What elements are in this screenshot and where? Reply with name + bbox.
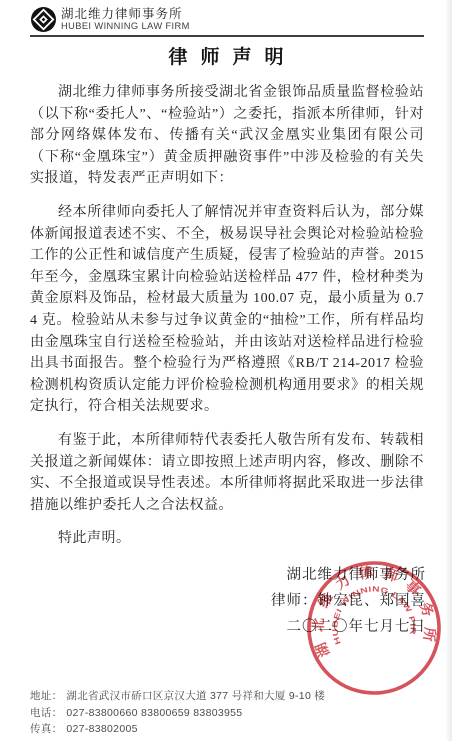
footer-fax-row: 传真：027-83802005	[30, 721, 422, 738]
footer-address-row: 地址：湖北省武汉市硚口区京汉大道 377 号祥和大厦 9-10 楼	[30, 688, 422, 705]
firm-logo-diamond-icon	[30, 6, 57, 33]
signature-date: 二〇二〇年七月七日	[0, 614, 426, 640]
address-value: 湖北省武汉市硚口区京汉大道 377 号祥和大厦 9-10 楼	[66, 690, 325, 702]
firm-names: 湖北维力律师事务所 HUBEI WINNING LAW FIRM	[61, 8, 190, 32]
paragraph-warning: 有鉴于此，本所律师特代表委托人敬告所有发布、转载相关报道之新闻媒体：请立即按照上…	[30, 430, 424, 516]
fax-label: 传真：	[30, 723, 62, 735]
footer-contact: 地址：湖北省武汉市硚口区京汉大道 377 号祥和大厦 9-10 楼 电话：027…	[30, 688, 422, 738]
fax-value: 027-83802005	[66, 723, 137, 735]
signature-lawyers: 律师：钟宏昆、郑国喜	[0, 588, 426, 614]
paragraph-closing: 特此声明。	[30, 528, 424, 550]
phone-value: 027-83800660 83800659 83803955	[66, 707, 242, 719]
paragraph-intro: 湖北维力律师事务所接受湖北省金银饰品质量监督检验站（以下称“委托人”、“检验站”…	[30, 82, 424, 190]
firm-name-zh: 湖北维力律师事务所	[61, 8, 190, 21]
document-title: 律师声明	[0, 46, 452, 70]
letterhead-divider	[30, 35, 424, 37]
address-label: 地址：	[30, 690, 62, 702]
letterhead-logo-row: 湖北维力律师事务所 HUBEI WINNING LAW FIRM	[30, 6, 424, 33]
footer-phone-row: 电话：027-83800660 83800659 83803955	[30, 705, 422, 722]
letterhead: 湖北维力律师事务所 HUBEI WINNING LAW FIRM	[0, 0, 452, 37]
paragraph-findings: 经本所律师向委托人了解情况并审查资料后认为，部分媒体新闻报道表述不实、不全，极易…	[30, 202, 424, 418]
document-page: 湖北维力律师事务所 HUBEI WINNING LAW FIRM 律师声明 湖北…	[0, 0, 452, 741]
signature-block: 湖北维力律师事务所 律师：钟宏昆、郑国喜 二〇二〇年七月七日	[0, 562, 426, 640]
phone-label: 电话：	[30, 707, 62, 719]
document-body: 湖北维力律师事务所接受湖北省金银饰品质量监督检验站（以下称“委托人”、“检验站”…	[30, 82, 424, 550]
signature-firm: 湖北维力律师事务所	[0, 562, 426, 588]
firm-name-en: HUBEI WINNING LAW FIRM	[61, 22, 190, 31]
